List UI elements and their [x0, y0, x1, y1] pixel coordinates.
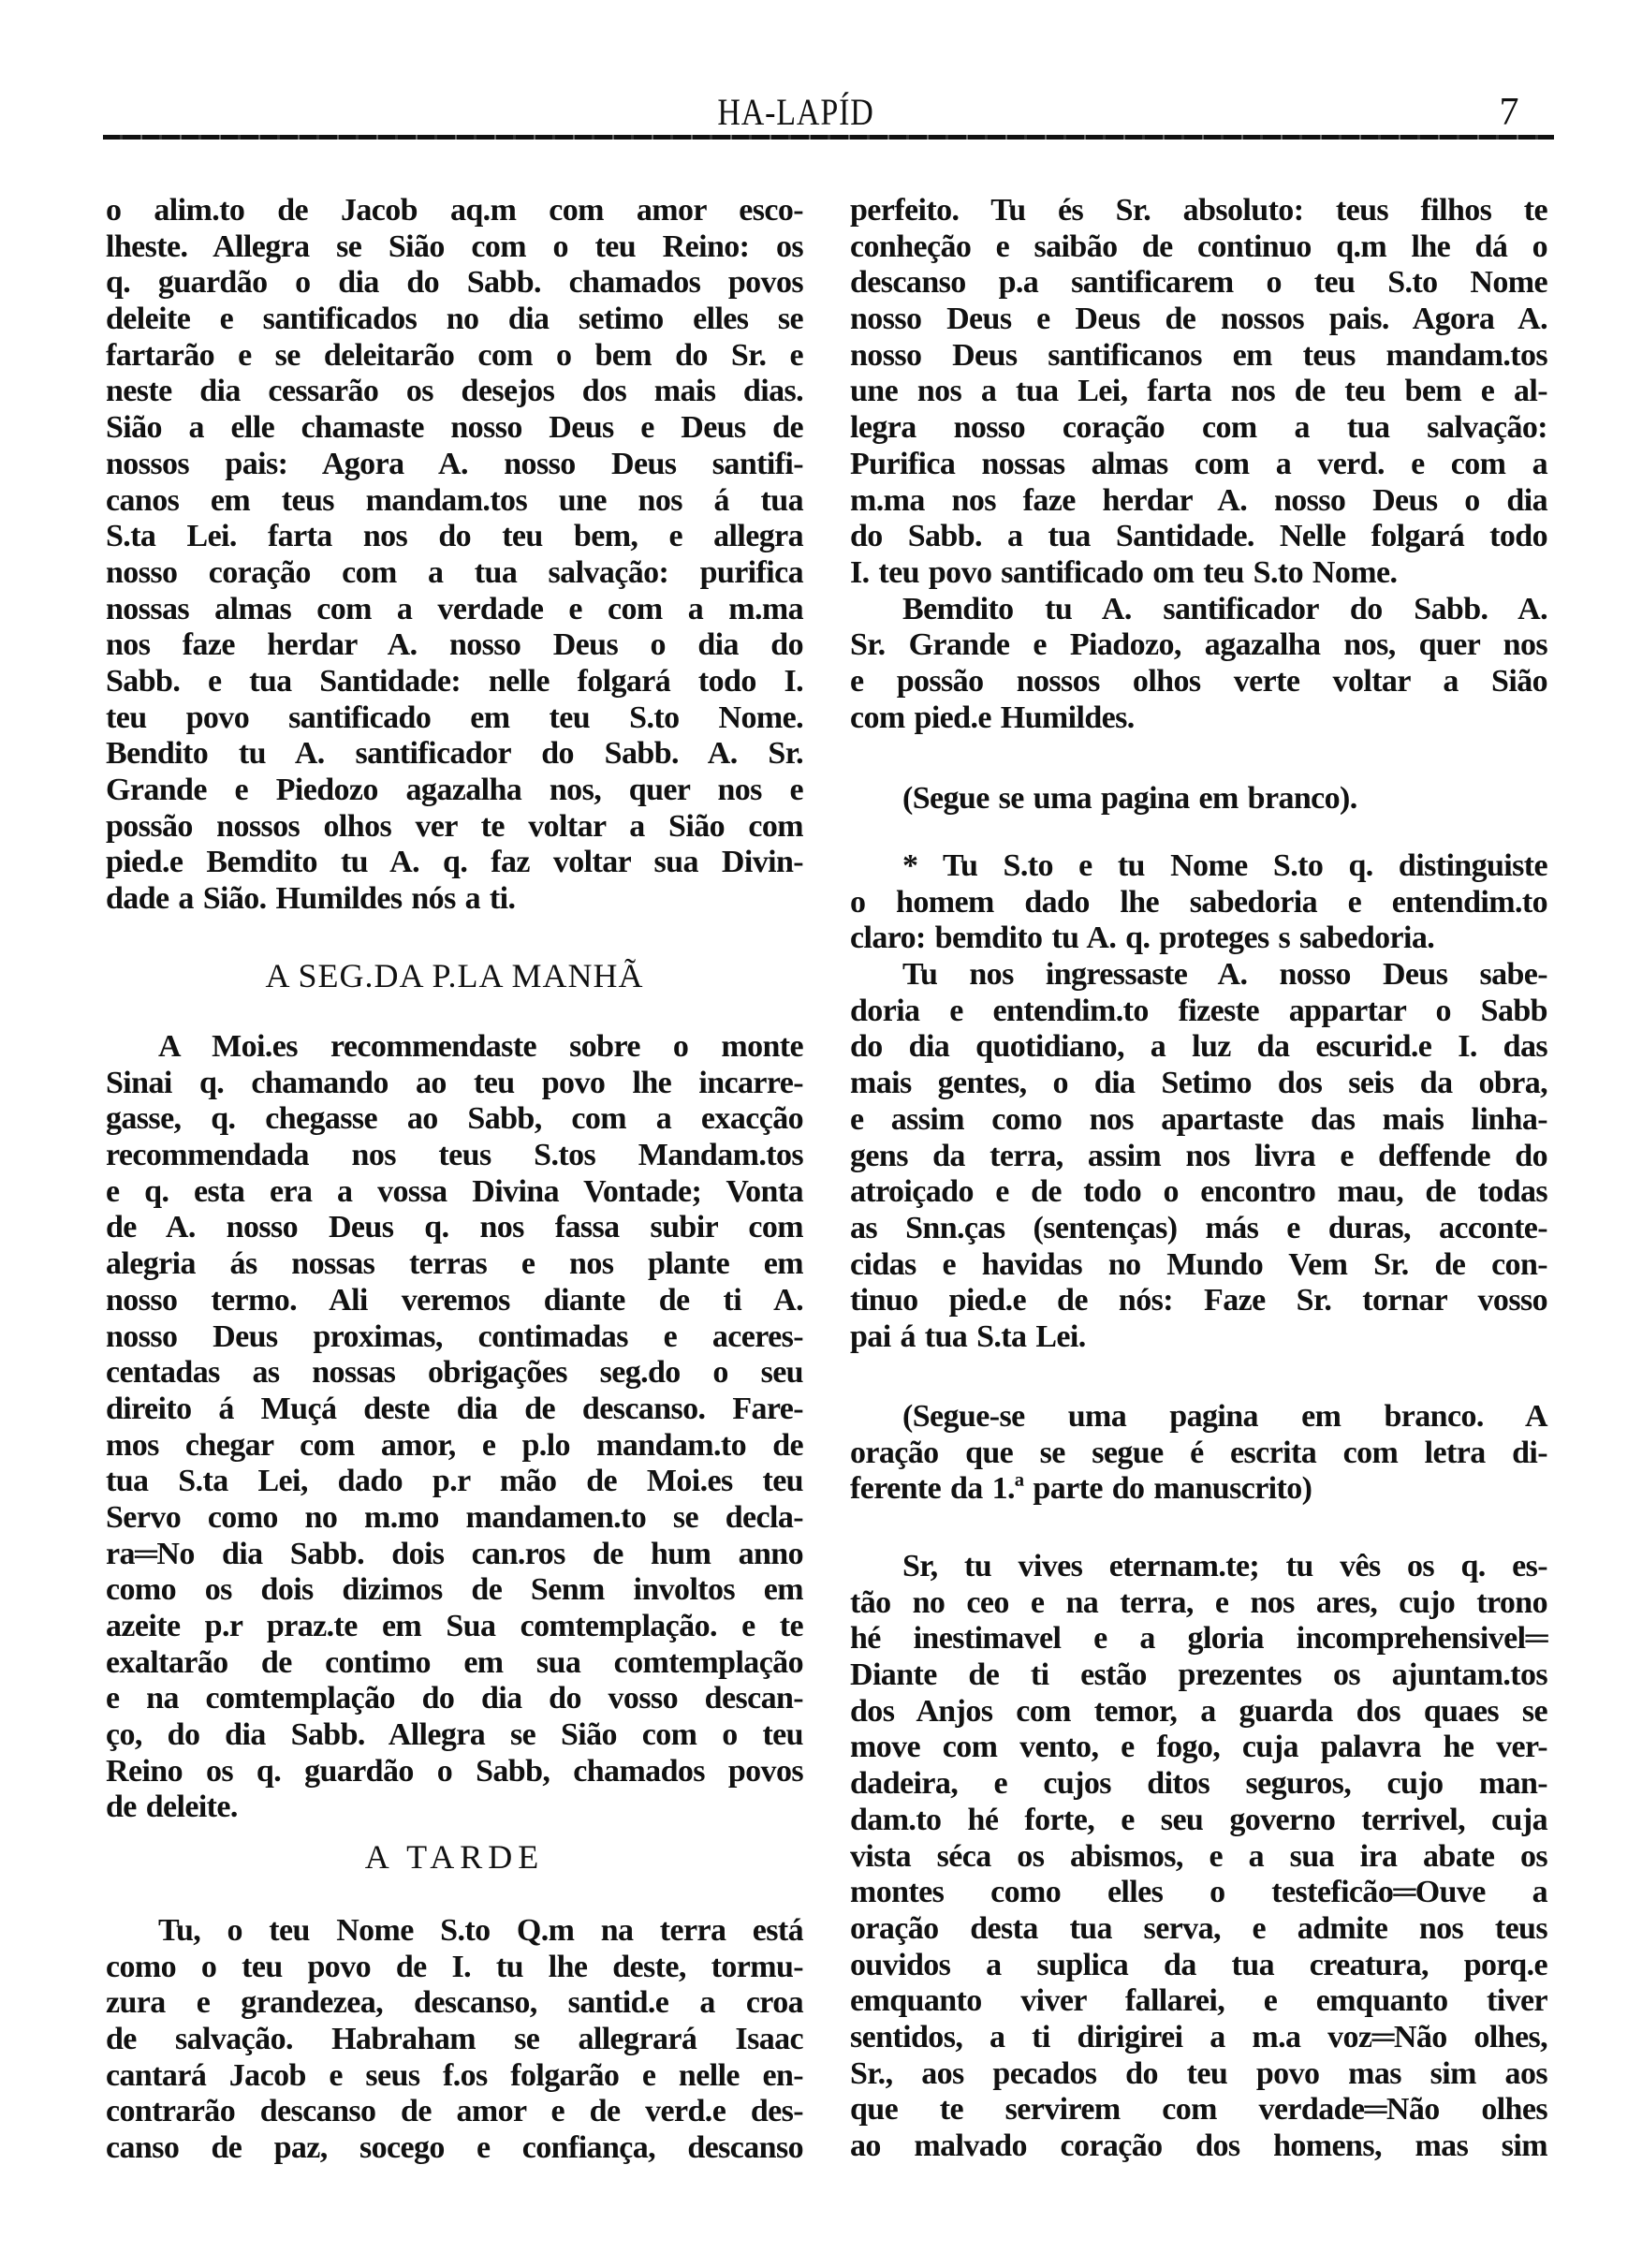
text-line: Diante de ti estão prezentes os ajuntam.…: [850, 1657, 1547, 1694]
paragraph-perfect-lord: perfeito. Tu és Sr. absoluto: teus filho…: [850, 193, 1547, 592]
text-line: ra═No dia Sabb. dois can.ros de hum anno: [106, 1537, 803, 1573]
text-line: Bendito tu A. santificador do Sabb. A. S…: [106, 736, 803, 773]
text-line: alegria ás nossas terras e nos plante em: [106, 1246, 803, 1283]
editorial-note-manuscript: (Segue-se uma pagina em branco. Aoração …: [850, 1399, 1547, 1508]
text-line: pai á tua S.ta Lei.: [850, 1319, 1547, 1356]
text-line: m.ma nos faze herdar A. nosso Deus o dia: [850, 483, 1547, 520]
text-line: move com vento, e fogo, cuja palavra he …: [850, 1730, 1547, 1766]
text-line: sentidos, a ti dirigirei a m.a voz═Não o…: [850, 2020, 1547, 2056]
text-line: mais gentes, o dia Setimo dos seis da ob…: [850, 1066, 1547, 1102]
text-line: possão nossos olhos ver te voltar a Sião…: [106, 809, 803, 846]
text-line: montes como elles o testeficão═Ouve a: [850, 1875, 1547, 1911]
text-line: conheção e saibão de continuo q.m lhe dá…: [850, 229, 1547, 266]
text-line: nosso coração com a tua salvação: purifi…: [106, 555, 803, 592]
text-line: q. guardão o dia do Sabb. chamados povos: [106, 265, 803, 302]
text-line: Sião a elle chamaste nosso Deus e Deus d…: [106, 410, 803, 447]
page-number: 7: [1490, 90, 1528, 135]
editorial-note-blank-page: (Segue se uma pagina em branco).: [850, 781, 1547, 817]
text-line: Sinai q. chamando ao teu povo lhe incarr…: [106, 1066, 803, 1102]
text-line: Servo como no m.mo mandamen.to se decla-: [106, 1500, 803, 1537]
text-line: teu povo santificado em teu S.to Nome.: [106, 700, 803, 737]
text-line: o homem dado lhe sabedoria e entendim.to: [850, 885, 1547, 921]
text-line: canso de paz, socego e confiança, descan…: [106, 2130, 803, 2167]
header-rule-divider: [103, 135, 1554, 140]
text-line: nosso Deus proximas, contimadas e aceres…: [106, 1319, 803, 1356]
paragraph-moses-commandments: A Moi.es recommendaste sobre o monteSina…: [106, 1029, 803, 1826]
text-line: zura e grandezea, descanso, santid.e a c…: [106, 1985, 803, 2022]
text-line: vista séca os abismos, e a sua ira abate…: [850, 1839, 1547, 1876]
text-line: pied.e Bemdito tu A. q. faz voltar sua D…: [106, 845, 803, 881]
text-line: as Snn.ças (sentenças) más e duras, acco…: [850, 1211, 1547, 1247]
text-line: de deleite.: [106, 1789, 803, 1826]
note-line: (Segue se uma pagina em branco).: [850, 781, 1547, 817]
text-line: e possão nossos olhos verte voltar a Siã…: [850, 664, 1547, 700]
text-line: do dia quotidiano, a luz da escurid.e I.…: [850, 1029, 1547, 1066]
text-line: nosso Deus santificanos em teus mandam.t…: [850, 338, 1547, 375]
text-line: Tu nos ingressaste A. nosso Deus sabe-: [850, 957, 1547, 994]
text-line: oração desta tua serva, e admite nos teu…: [850, 1911, 1547, 1948]
text-line: perfeito. Tu és Sr. absoluto: teus filho…: [850, 193, 1547, 229]
text-line: de salvação. Habraham se allegrará Isaac: [106, 2022, 803, 2058]
text-line: exaltarão de contimo em sua comtemplação: [106, 1645, 803, 1682]
paragraph-wisdom: * Tu S.to e tu Nome S.to q. distinguiste…: [850, 848, 1547, 957]
text-line: Reino os q. guardão o Sabb, chamados pov…: [106, 1754, 803, 1790]
text-line: Sabb. e tua Santidade: nelle folgará tod…: [106, 664, 803, 700]
text-line: e q. esta era a vossa Divina Vontade; Vo…: [106, 1174, 803, 1211]
text-line: claro: bemdito tu A. q. proteges s sabed…: [850, 920, 1547, 957]
text-line: o alim.to de Jacob aq.m com amor esco-: [106, 193, 803, 229]
text-line: une nos a tua Lei, farta nos de teu bem …: [850, 374, 1547, 410]
text-line: nosso termo. Ali veremos diante de ti A.: [106, 1283, 803, 1319]
text-line: S.ta Lei. farta nos do teu bem, e allegr…: [106, 519, 803, 555]
text-line: Purifica nossas almas com a verd. e com …: [850, 447, 1547, 483]
text-line: atroiçado e de todo o encontro mau, de t…: [850, 1174, 1547, 1211]
text-line: legra nosso coração com a tua salvação:: [850, 410, 1547, 447]
text-line: mos chegar com amor, e p.lo mandam.to de: [106, 1428, 803, 1465]
text-line: Sr, tu vives eternam.te; tu vês os q. es…: [850, 1549, 1547, 1585]
paragraph-blessed-sanctifier: Bemdito tu A. santificador do Sabb. A.Sr…: [850, 592, 1547, 737]
text-line: Grande e Piedozo agazalha nos, quer nos …: [106, 773, 803, 809]
running-head: HA-LAPÍD 7: [0, 90, 1642, 137]
text-line: de A. nosso Deus q. nos fassa subir com: [106, 1210, 803, 1246]
text-line: emquanto viver fallarei, e emquanto tive…: [850, 1983, 1547, 2020]
text-line: do Sabb. a tua Santidade. Nelle folgará …: [850, 519, 1547, 555]
text-line: com pied.e Humildes.: [850, 700, 1547, 737]
text-line: Bemdito tu A. santificador do Sabb. A.: [850, 592, 1547, 628]
text-line: dam.to hé forte, e seu governo terrivel,…: [850, 1803, 1547, 1839]
text-line: * Tu S.to e tu Nome S.to q. distinguiste: [850, 848, 1547, 885]
text-line: neste dia cessarão os desejos dos mais d…: [106, 374, 803, 410]
text-line: direito á Muçá deste dia de descanso. Fa…: [106, 1392, 803, 1428]
text-line: A Moi.es recommendaste sobre o monte: [106, 1029, 803, 1066]
text-line: cidas e havidas no Mundo Vem Sr. de con-: [850, 1247, 1547, 1284]
text-line: ao malvado coração dos homens, mas sim: [850, 2128, 1547, 2165]
text-line: tão no ceo e na terra, e nos ares, cujo …: [850, 1585, 1547, 1622]
text-line: hé inestimavel e a gloria incomprehensiv…: [850, 1621, 1547, 1657]
paragraph-eternal-lord: Sr, tu vives eternam.te; tu vês os q. es…: [850, 1549, 1547, 2165]
text-line: Tu, o teu Nome S.to Q.m na terra está: [106, 1913, 803, 1950]
text-line: centadas as nossas obrigações seg.do o s…: [106, 1355, 803, 1392]
text-line: doria e entendim.to fizeste appartar o S…: [850, 994, 1547, 1030]
journal-title: HA-LAPÍD: [677, 90, 916, 135]
text-line: fartarão e se deleitarão com o bem do Sr…: [106, 338, 803, 375]
text-line: dade a Sião. Humildes nós a ti.: [106, 881, 803, 918]
text-line: oração que se segue é escrita com letra …: [850, 1436, 1547, 1472]
text-line: Sr. Grande e Piadozo, agazalha nos, quer…: [850, 627, 1547, 664]
text-line: nos faze herdar A. nosso Deus o dia do: [106, 627, 803, 664]
text-line: lheste. Allegra se Sião com o teu Reino:…: [106, 229, 803, 266]
text-line: dadeira, e cujos ditos seguros, cujo man…: [850, 1766, 1547, 1803]
text-line: nossas almas com a verdade e com a m.ma: [106, 592, 803, 628]
text-line: e assim como nos apartaste das mais linh…: [850, 1102, 1547, 1139]
text-line: nosso Deus e Deus de nossos pais. Agora …: [850, 302, 1547, 338]
text-line: cantará Jacob e seus f.os folgarão e nel…: [106, 2058, 803, 2095]
text-line: gasse, q. chegasse ao Sabb, com a exacçã…: [106, 1101, 803, 1138]
section-heading-second-morning: A SEG.DA P.LA MANHÃ: [106, 957, 803, 994]
text-line: que te servirem com verdade═Não olhes: [850, 2092, 1547, 2128]
text-line: I. teu povo santificado om teu S.to Nome…: [850, 555, 1547, 592]
text-line: ouvidos a suplica da tua creatura, porq.…: [850, 1948, 1547, 1984]
text-line: e na comtemplação do dia do vosso descan…: [106, 1681, 803, 1717]
text-line: nossos pais: Agora A. nosso Deus santifi…: [106, 447, 803, 483]
text-line: ço, do dia Sabb. Allegra se Sião com o t…: [106, 1717, 803, 1754]
text-line: tua S.ta Lei, dado p.r mão de Moi.es teu: [106, 1464, 803, 1500]
text-line: azeite p.r praz.te em Sua comtemplação. …: [106, 1609, 803, 1645]
text-line: (Segue-se uma pagina em branco. A: [850, 1399, 1547, 1436]
text-line: ferente da 1.ª parte do manuscrito): [850, 1471, 1547, 1508]
text-line: Sr., aos pecados do teu povo mas sim aos: [850, 2056, 1547, 2093]
paragraph-afternoon-prayer: Tu, o teu Nome S.to Q.m na terra estácom…: [106, 1913, 803, 2167]
text-line: descanso p.a santificarem o teu S.to Nom…: [850, 265, 1547, 302]
text-line: dos Anjos com temor, a guarda dos quaes …: [850, 1694, 1547, 1730]
text-line: deleite e santificados no dia setimo ell…: [106, 302, 803, 338]
paragraph-separation: Tu nos ingressaste A. nosso Deus sabe-do…: [850, 957, 1547, 1356]
section-heading-afternoon: A TARDE: [106, 1838, 803, 1876]
text-line: tinuo pied.e de nós: Faze Sr. tornar vos…: [850, 1283, 1547, 1319]
text-line: como o teu povo de I. tu lhe deste, torm…: [106, 1950, 803, 1986]
text-line: canos em teus mandam.tos une nos á tua: [106, 483, 803, 520]
text-line: recommendada nos teus S.tos Mandam.tos: [106, 1138, 803, 1174]
text-line: contrarão descanso de amor e de verd.e d…: [106, 2094, 803, 2130]
paragraph-sabbath-blessing: o alim.to de Jacob aq.m com amor esco-lh…: [106, 193, 803, 918]
text-line: como os dois dizimos de Senm involtos em: [106, 1572, 803, 1609]
text-line: gens da terra, assim nos livra e deffend…: [850, 1139, 1547, 1175]
